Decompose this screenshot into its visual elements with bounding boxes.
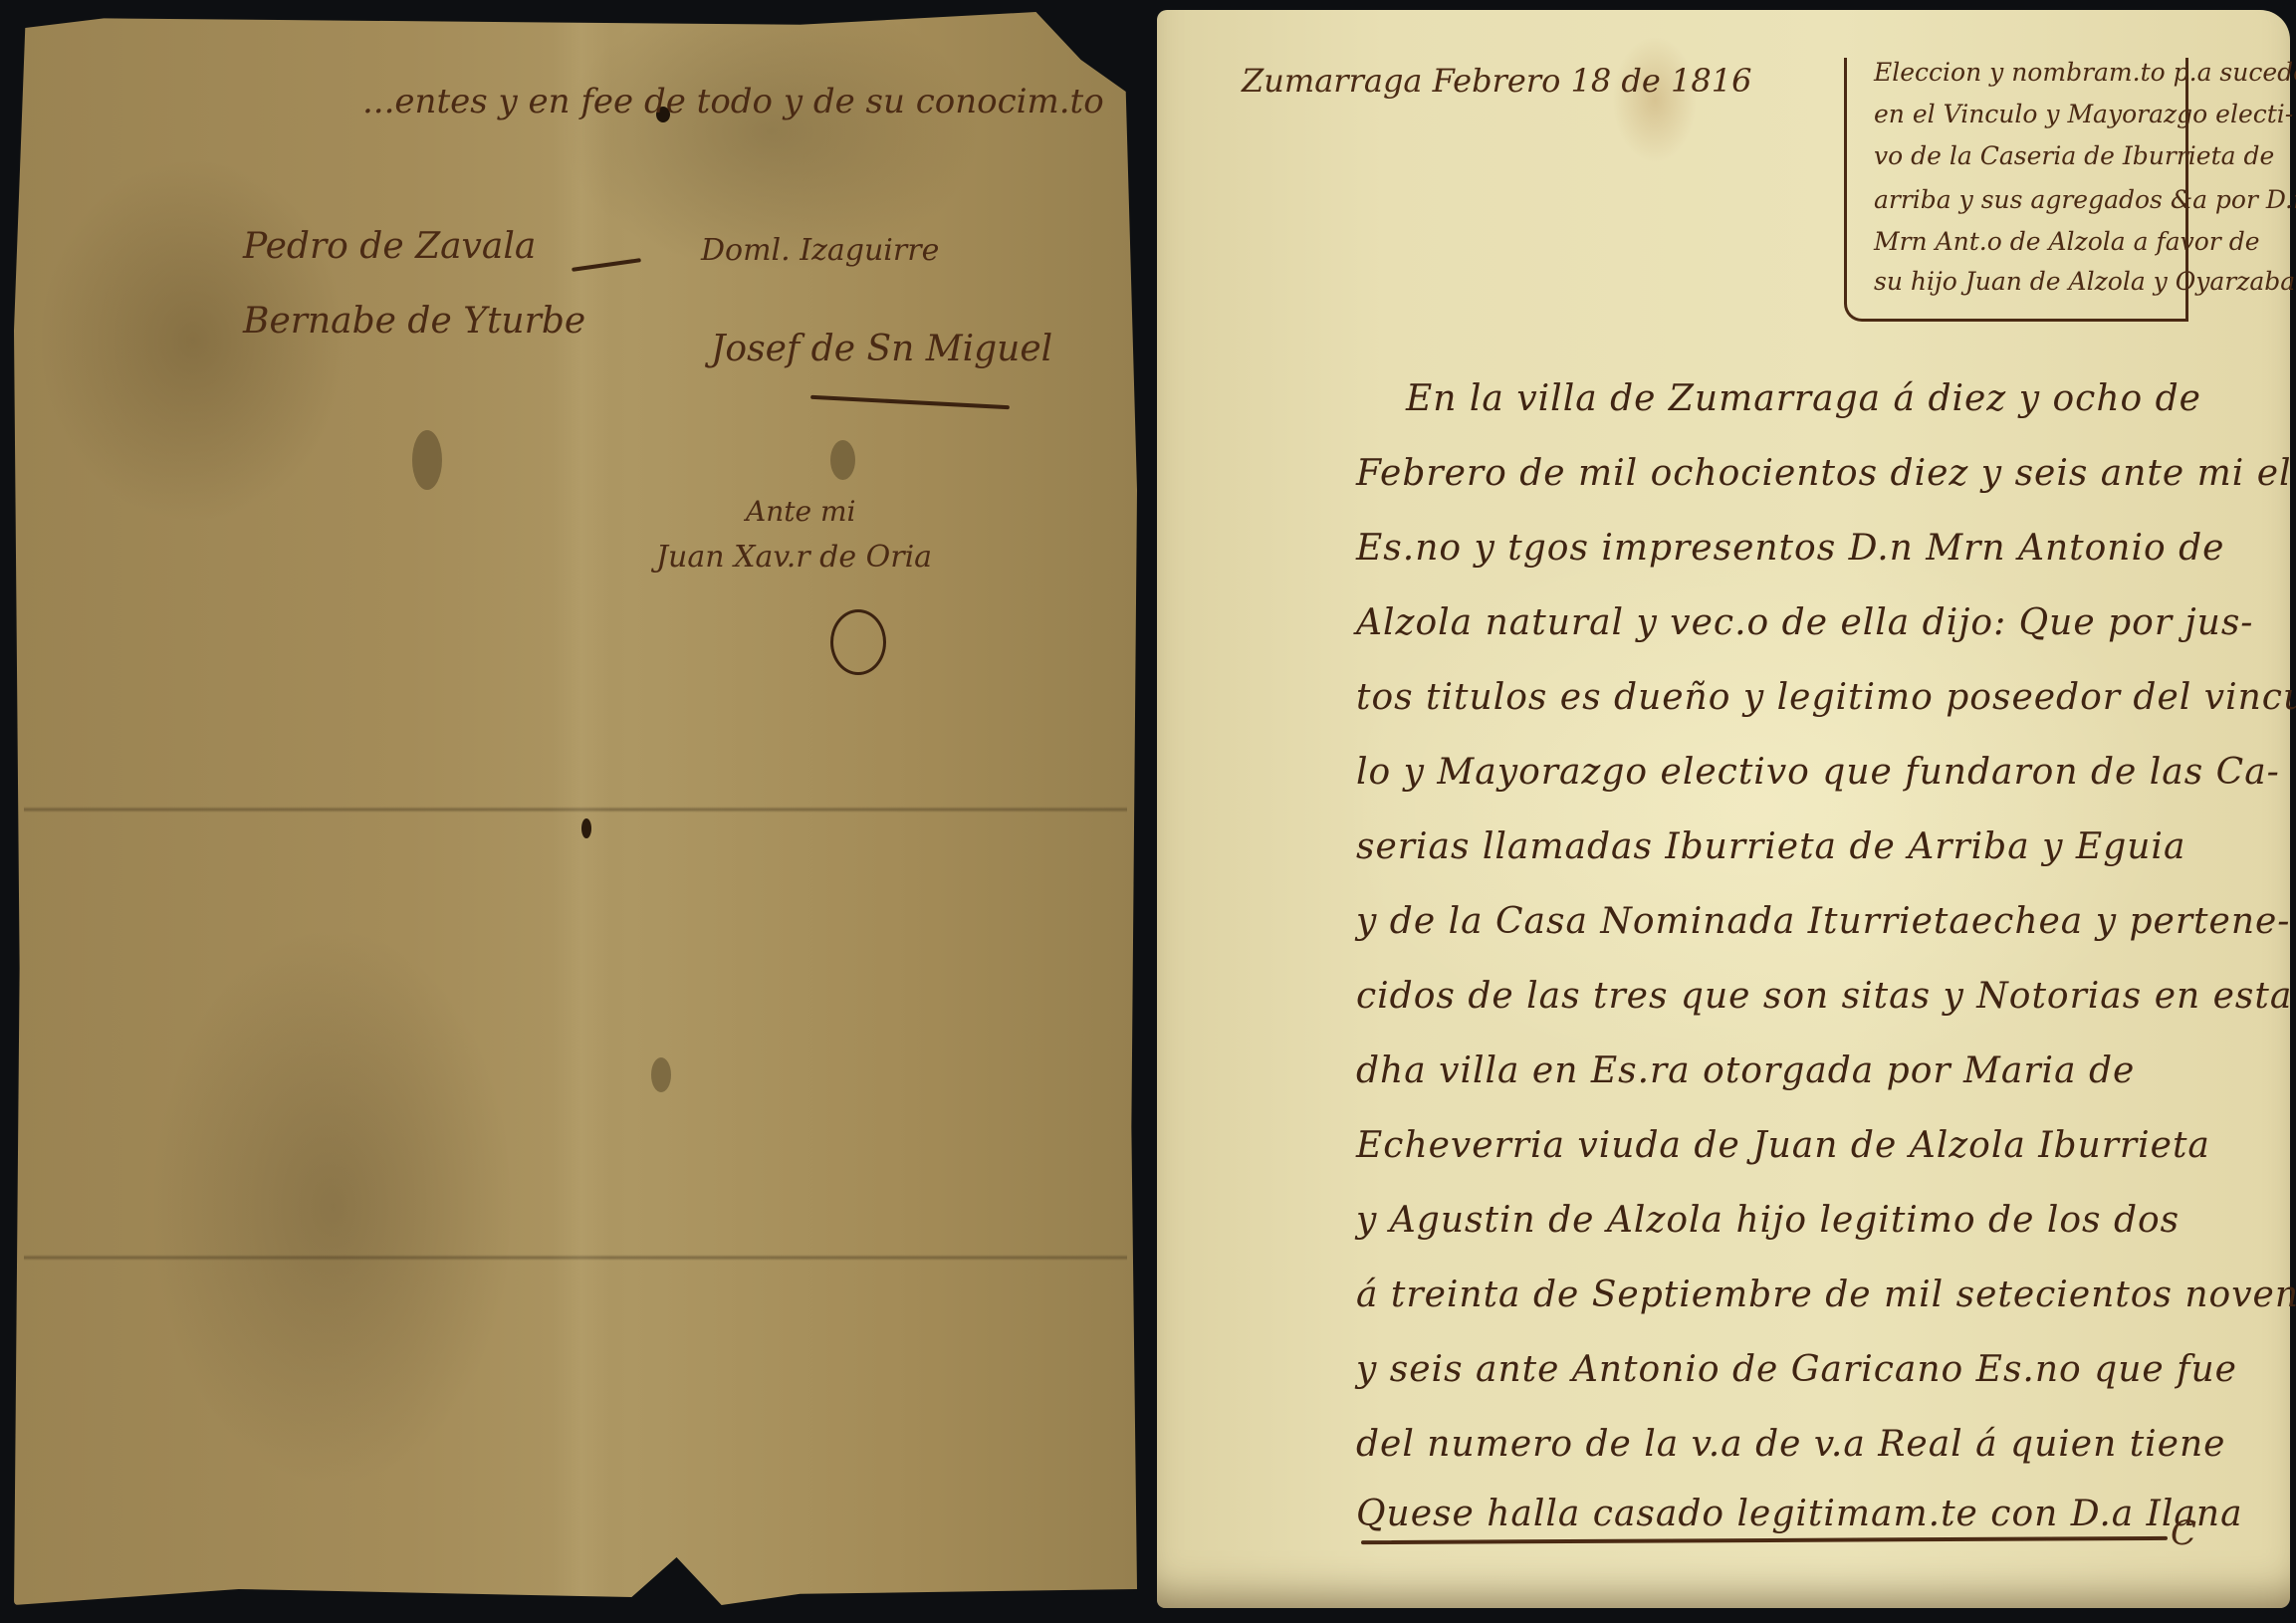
- margin-note-line: su hijo Juan de Alzola y Oyarzabal: [1874, 267, 2296, 296]
- margin-note-line: vo de la Caseria de Iburrieta de: [1874, 141, 2274, 170]
- left-page-verso: ...entes y en fee de todo y de su conoci…: [14, 12, 1137, 1605]
- stain: [830, 440, 855, 480]
- right-page-recto: Zumarraga Febrero 18 de 1816 Eleccion y …: [1157, 10, 2290, 1608]
- body-line: á treinta de Septiembre de mil setecient…: [1356, 1275, 2296, 1315]
- body-line: cidos de las tres que son sitas y Notori…: [1356, 976, 2292, 1017]
- margin-note-line: en el Vinculo y Mayorazgo electi-: [1874, 100, 2293, 128]
- closing-line: ...entes y en fee de todo y de su conoci…: [362, 82, 1104, 121]
- body-line: y seis ante Antonio de Garicano Es.no qu…: [1356, 1349, 2237, 1390]
- margin-note-line: Eleccion y nombram.to p.a suceder: [1874, 58, 2296, 87]
- notary-signature: Juan Xav.r de Oria: [656, 540, 932, 575]
- signature-flourish: [810, 395, 1010, 409]
- body-line: dha villa en Es.ra otorgada por Maria de: [1356, 1050, 2135, 1091]
- body-line: del numero de la v.a de v.a Real á quien…: [1356, 1424, 2225, 1465]
- body-line: lo y Mayorazgo electivo que fundaron de …: [1356, 752, 2280, 793]
- body-line: En la villa de Zumarraga á diez y ocho d…: [1406, 378, 2201, 419]
- body-line: Quese halla casado legitimam.te con D.a …: [1356, 1494, 2243, 1534]
- body-line: Echeverria viuda de Juan de Alzola Iburr…: [1356, 1125, 2210, 1166]
- notary-attestation: Ante mi: [746, 495, 855, 528]
- ink-blot: [581, 818, 591, 838]
- stain: [651, 1057, 671, 1092]
- body-line: serias llamadas Iburrieta de Arriba y Eg…: [1356, 826, 2185, 867]
- margin-note-line: Mrn Ant.o de Alzola a favor de: [1874, 227, 2260, 256]
- signature: Josef de Sn Miguel: [711, 329, 1052, 369]
- signature: Bernabe de Yturbe: [243, 301, 585, 342]
- signature: Pedro de Zavala: [243, 226, 536, 267]
- margin-note-line: arriba y sus agregados &a por D.n: [1874, 185, 2296, 214]
- notary-rubric: [830, 609, 886, 675]
- closing-rule-line: [1361, 1536, 2168, 1544]
- body-line: tos titulos es dueño y legitimo poseedor…: [1356, 677, 2296, 718]
- header-date: Zumarraga Febrero 18 de 1816: [1242, 62, 1751, 100]
- fold-crease-vertical: [552, 12, 611, 1605]
- catchword: C: [2171, 1513, 2196, 1553]
- body-line: y Agustin de Alzola hijo legitimo de los…: [1356, 1200, 2180, 1241]
- body-line: Febrero de mil ochocientos diez y seis a…: [1356, 453, 2292, 494]
- body-line: Alzola natural y vec.o de ella dijo: Que…: [1356, 602, 2253, 643]
- stain: [412, 430, 442, 490]
- body-line: Es.no y tgos impresentos D.n Mrn Antonio…: [1356, 528, 2224, 569]
- body-line: y de la Casa Nominada Iturrietaechea y p…: [1356, 901, 2290, 942]
- signature: Doml. Izaguirre: [701, 233, 939, 268]
